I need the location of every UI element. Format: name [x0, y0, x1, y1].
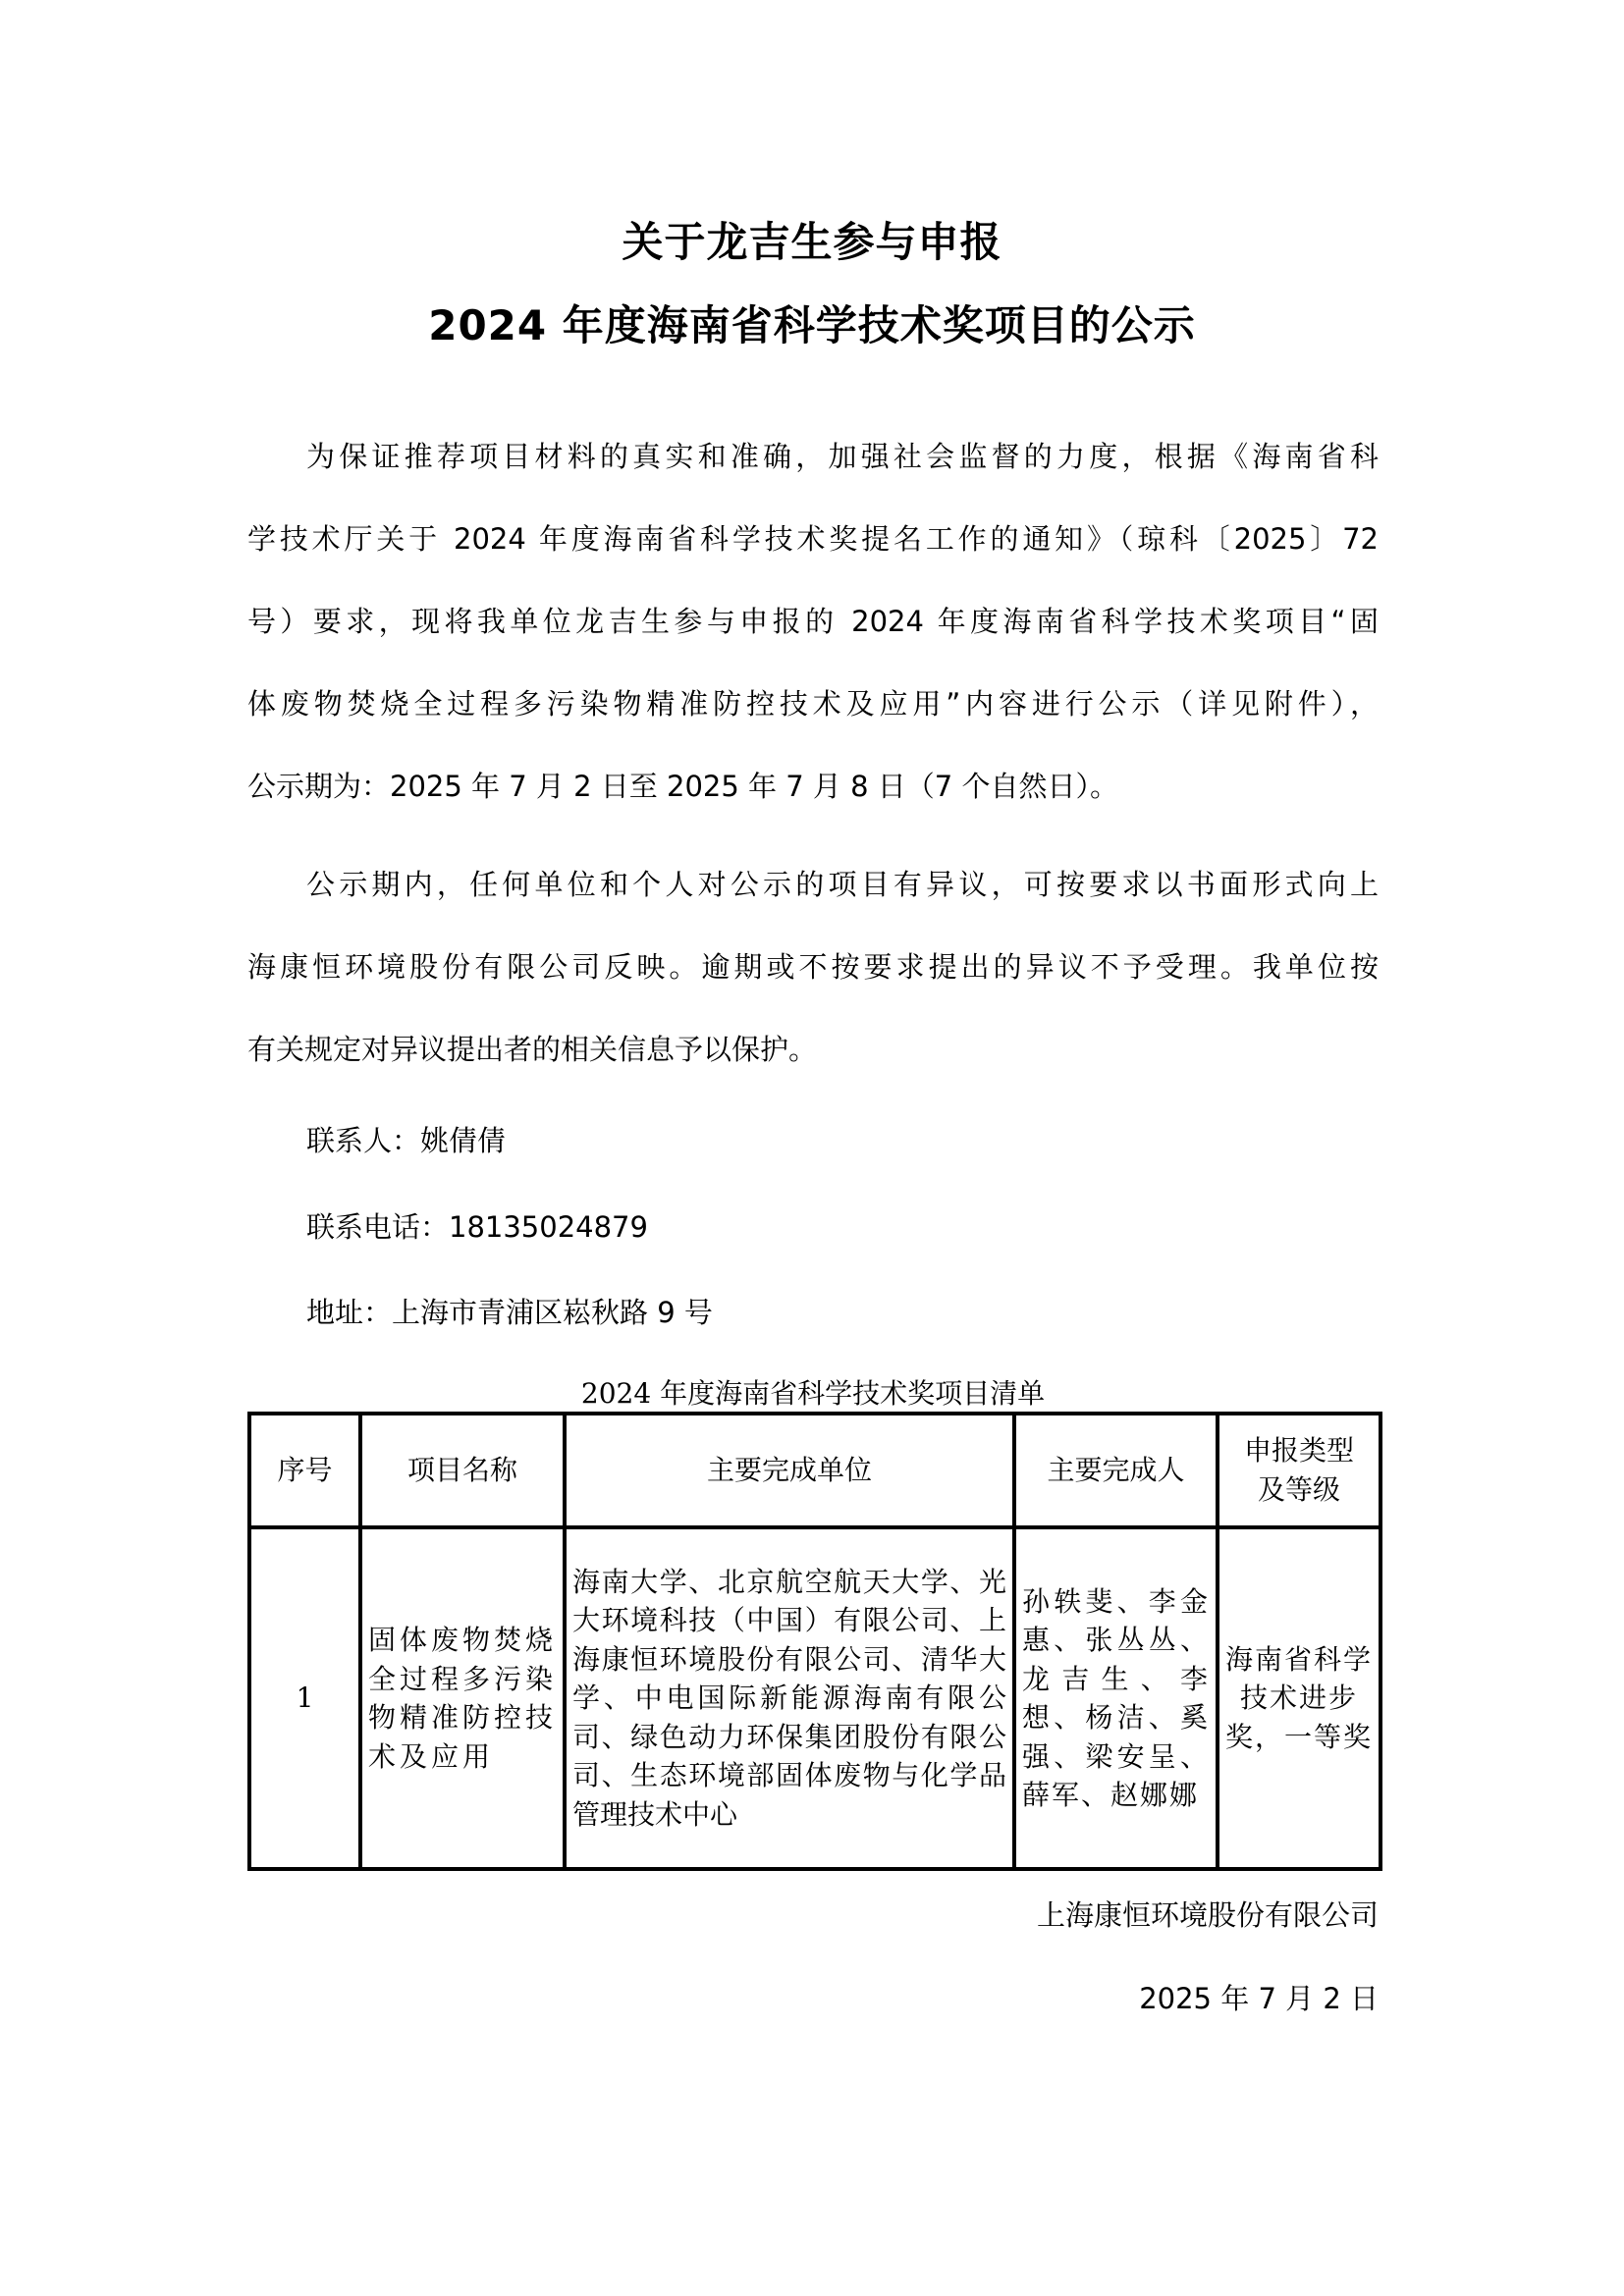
header-type-line-2: 及等级	[1225, 1470, 1373, 1510]
paragraph-line: 体废物焚烧全过程多污染物精准防控技术及应用”内容进行公示（详见附件），	[247, 684, 1379, 723]
paragraph-line: 公示期为：2025 年 7 月 2 日至 2025 年 7 月 8 日（7 个自…	[247, 767, 1379, 806]
cell-people: 孙轶斐、李金惠、张丛丛、龙吉生、李想、杨洁、奚强、梁安呈、薛军、赵娜娜	[1014, 1527, 1218, 1869]
header-num: 序号	[249, 1414, 360, 1527]
cell-type: 海南省科学技术进步奖，一等奖	[1218, 1527, 1380, 1869]
table-caption: 2024 年度海南省科学技术奖项目清单	[247, 1376, 1379, 1412]
paragraph-line: 学技术厅关于 2024 年度海南省科学技术奖提名工作的通知》（琼科〔2025〕7…	[247, 519, 1379, 559]
project-table: 序号 项目名称 主要完成单位 主要完成人 申报类型 及等级 1 固体废物焚烧全过…	[247, 1412, 1382, 1871]
header-type: 申报类型 及等级	[1218, 1414, 1380, 1527]
cell-units: 海南大学、北京航空航天大学、光大环境科技（中国）有限公司、上海康恒环境股份有限公…	[565, 1527, 1014, 1869]
paragraph-line: 公示期内，任何单位和个人对公示的项目有异议，可按要求以书面形式向上	[306, 865, 1379, 904]
signature-date: 2025 年 7 月 2 日	[1139, 1979, 1379, 2018]
paragraph-line: 海康恒环境股份有限公司反映。逾期或不按要求提出的异议不予受理。我单位按	[247, 947, 1379, 987]
header-people: 主要完成人	[1014, 1414, 1218, 1527]
header-project-name: 项目名称	[360, 1414, 565, 1527]
table-row: 1 固体废物焚烧全过程多污染物精准防控技术及应用 海南大学、北京航空航天大学、光…	[249, 1527, 1380, 1869]
paragraph-line: 有关规定对异议提出者的相关信息予以保护。	[247, 1030, 1379, 1069]
paragraph-line: 号）要求，现将我单位龙吉生参与申报的 2024 年度海南省科学技术奖项目“固	[247, 602, 1379, 641]
page-title-line-1: 关于龙吉生参与申报	[0, 218, 1624, 267]
contact-address: 地址：上海市青浦区崧秋路 9 号	[306, 1293, 713, 1332]
header-type-line-1: 申报类型	[1225, 1431, 1373, 1470]
header-units: 主要完成单位	[565, 1414, 1014, 1527]
signature-organization: 上海康恒环境股份有限公司	[1037, 1896, 1379, 1935]
table-header-row: 序号 项目名称 主要完成单位 主要完成人 申报类型 及等级	[249, 1414, 1380, 1527]
contact-person: 联系人：姚倩倩	[306, 1121, 506, 1160]
paragraph-line: 为保证推荐项目材料的真实和准确，加强社会监督的力度，根据《海南省科	[306, 437, 1379, 476]
document-page: 关于龙吉生参与申报 2024 年度海南省科学技术奖项目的公示 为保证推荐项目材料…	[0, 0, 1624, 2296]
cell-num: 1	[249, 1527, 360, 1869]
cell-project-name: 固体废物焚烧全过程多污染物精准防控技术及应用	[360, 1527, 565, 1869]
page-title-line-2: 2024 年度海南省科学技术奖项目的公示	[0, 301, 1624, 350]
contact-phone: 联系电话：18135024879	[306, 1207, 648, 1247]
